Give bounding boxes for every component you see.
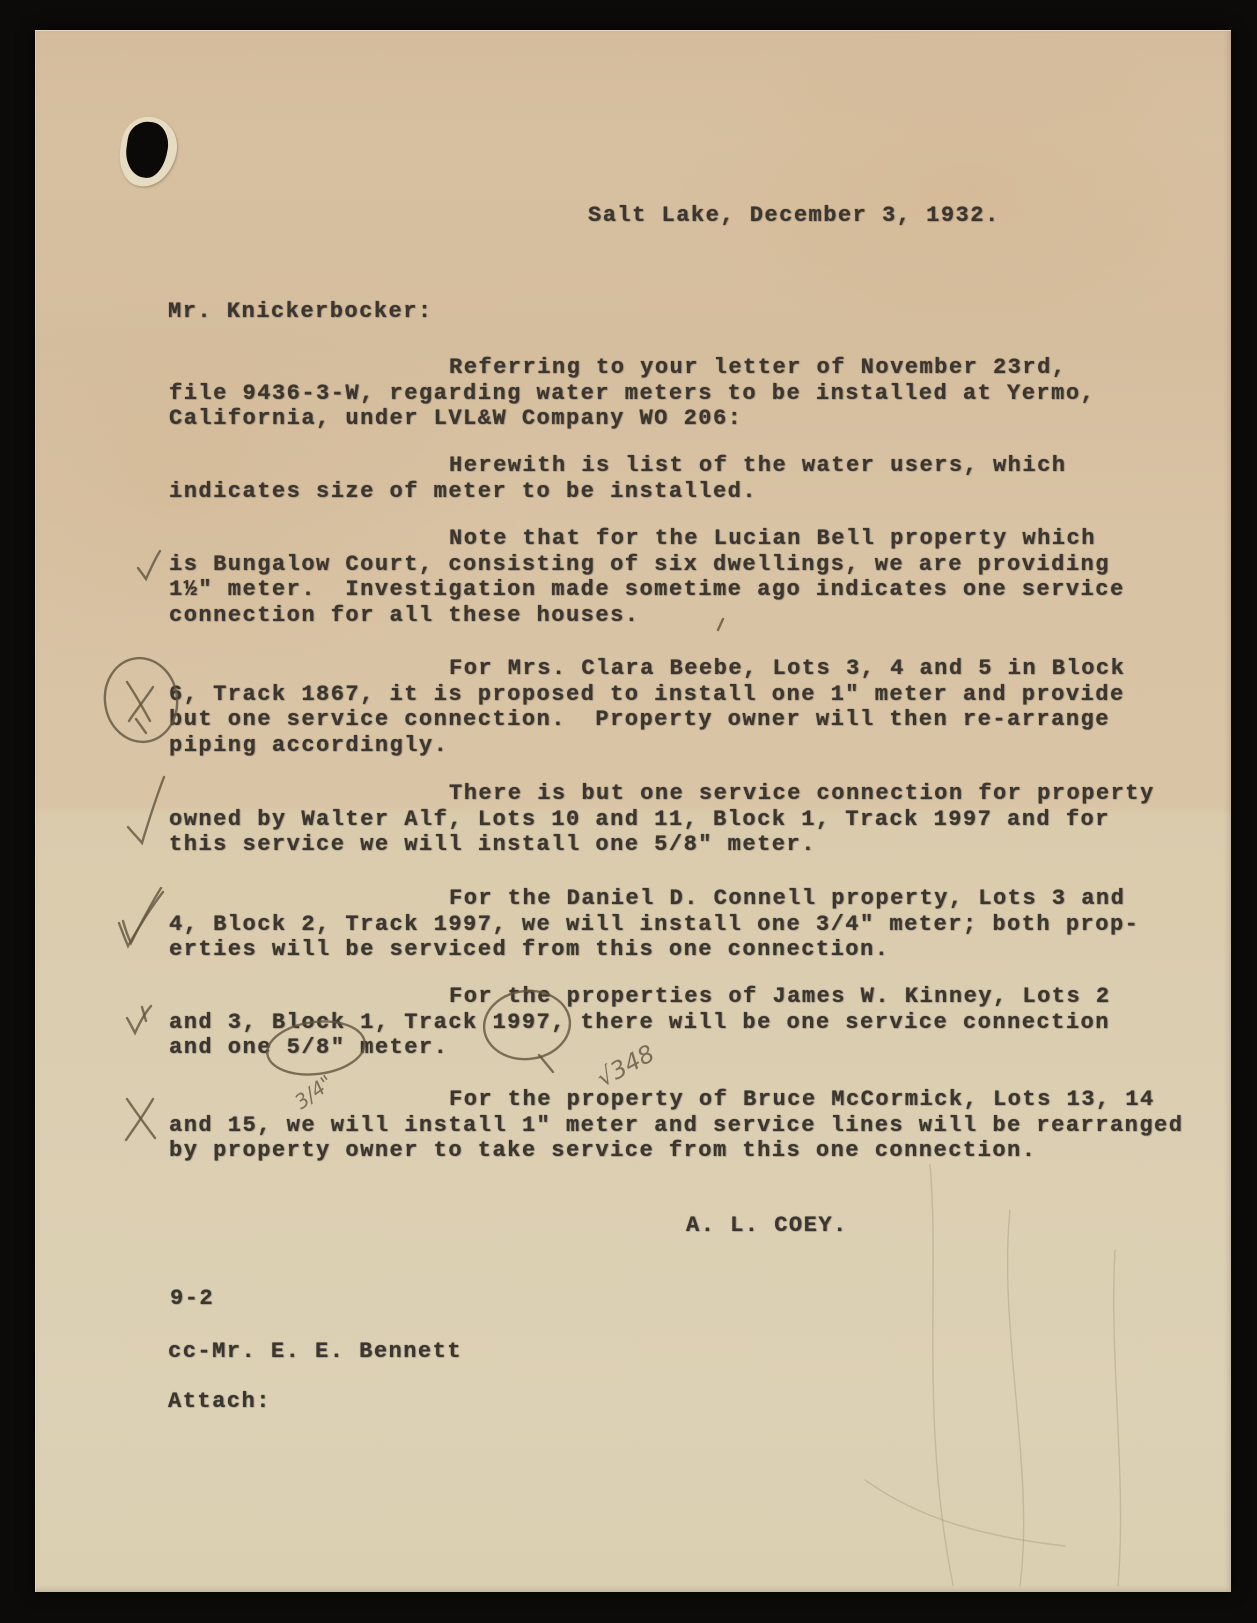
paper-crease [1008,1210,1024,1586]
dateline: Salt Lake, December 3, 1932. [588,203,1000,229]
paragraph-walter-alf: There is but one service connection for … [169,781,1229,858]
paper-crease [930,1165,953,1585]
paragraph-lucian-bell: Note that for the Lucian Bell property w… [169,526,1229,628]
paper-crease [865,1480,1065,1546]
letter-page: Salt Lake, December 3, 1932. Mr. Knicker… [35,30,1231,1592]
paragraph-herewith: Herewith is list of the water users, whi… [169,453,1229,504]
checkmark-icon [119,892,163,946]
x-mark-icon [126,1099,153,1140]
paragraph-james-kinney: For the properties of James W. Kinney, L… [169,984,1229,1061]
paragraph-bruce-mccormick: For the property of Bruce McCormick, Lot… [169,1087,1229,1164]
cc-line: cc-Mr. E. E. Bennett [168,1339,462,1365]
paragraph-clara-beebe: For Mrs. Clara Beebe, Lots 3, 4 and 5 in… [169,656,1229,758]
checkmark-icon [142,1007,146,1021]
checkmark-icon [123,888,161,943]
checkmark-icon [138,551,160,579]
punch-hole-torn-rim [113,112,182,192]
attachment-line: Attach: [168,1389,271,1415]
paragraph-daniel-connell: For the Daniel D. Connell property, Lots… [169,886,1229,963]
x-mark-icon [129,687,153,733]
scan-backdrop: { "page": { "backdrop_color": "#0d0b09",… [0,0,1257,1623]
x-mark-icon [127,682,150,721]
punch-hole [123,119,171,180]
x-mark-icon [127,1099,155,1138]
paragraph-referring: Referring to your letter of November 23r… [169,355,1229,432]
file-number: 9-2 [170,1286,214,1312]
salutation: Mr. Knickerbocker: [168,299,433,325]
paper-crease [1114,1250,1121,1586]
checkmark-icon [128,777,164,843]
checkmark-icon [127,1006,151,1033]
signature: A. L. COEY. [686,1213,848,1239]
